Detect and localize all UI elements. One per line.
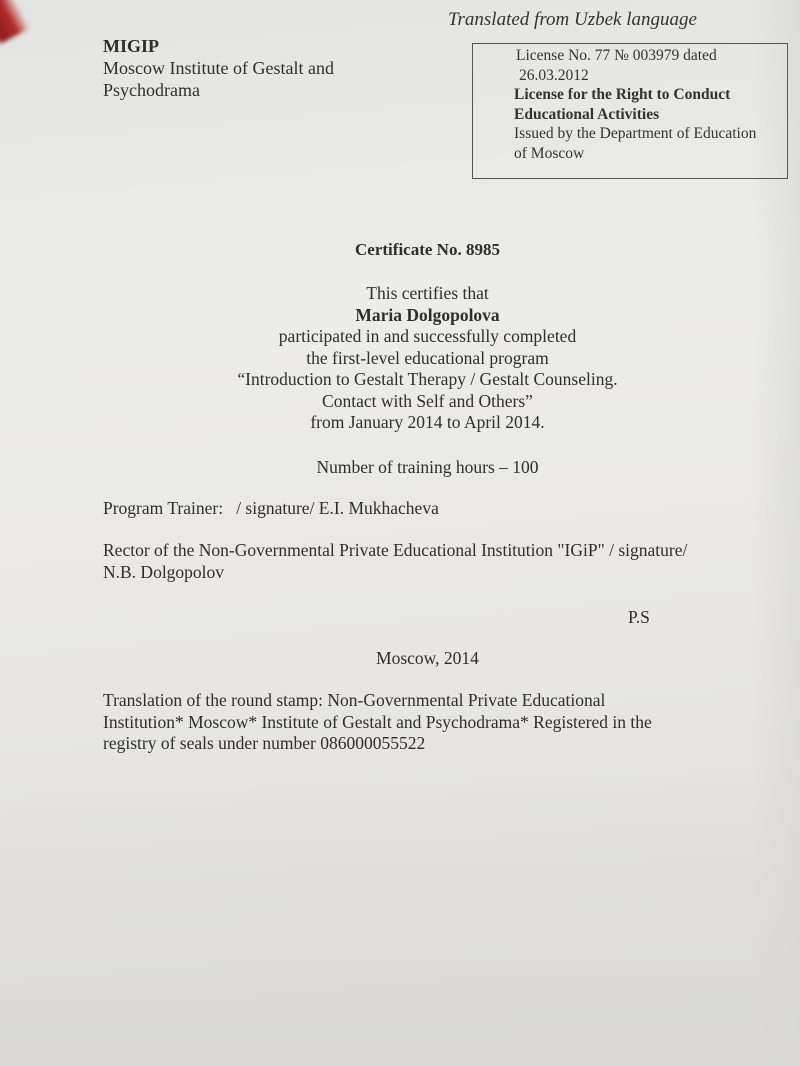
license-title-line2: Educational Activities: [514, 105, 787, 125]
stamp-line3: registry of seals under number 086000055…: [103, 733, 733, 755]
red-folder-edge: [0, 0, 30, 44]
organization-header: MIGIP Moscow Institute of Gestalt and Ps…: [103, 35, 334, 101]
translation-note: Translated from Uzbek language: [448, 9, 697, 31]
rector-line1: Rector of the Non-Governmental Private E…: [103, 540, 793, 562]
license-number: License No. 77 № 003979 dated: [516, 46, 787, 66]
stamp-translation: Translation of the round stamp: Non-Gove…: [103, 690, 733, 755]
stamp-line2: Institution* Moscow* Institute of Gestal…: [103, 712, 733, 734]
license-date: 26.03.2012: [516, 66, 787, 86]
program-period: from January 2014 to April 2014.: [0, 412, 800, 434]
license-box: License No. 77 № 003979 dated 26.03.2012…: [472, 43, 788, 179]
certificate-body: This certifies that Maria Dolgopolova pa…: [0, 283, 800, 434]
paper-shadow-bottom: [0, 766, 800, 1066]
completion-text: participated in and successfully complet…: [0, 326, 800, 348]
organization-name-line1: Moscow Institute of Gestalt and: [103, 57, 334, 79]
organization-acronym: MIGIP: [103, 35, 334, 57]
program-title-line1: “Introduction to Gestalt Therapy / Gesta…: [0, 369, 800, 391]
stamp-line1: Translation of the round stamp: Non-Gove…: [103, 690, 733, 712]
license-issuer-line2: of Moscow: [514, 144, 787, 164]
place-and-year: Moscow, 2014: [0, 648, 800, 669]
recipient-name: Maria Dolgopolova: [0, 305, 800, 327]
certifies-text: This certifies that: [0, 283, 800, 305]
organization-name-line2: Psychodrama: [103, 79, 334, 101]
certificate-number: Certificate No. 8985: [0, 240, 800, 260]
license-title-line1: License for the Right to Conduct: [514, 85, 787, 105]
program-title-line2: Contact with Self and Others”: [0, 391, 800, 413]
rector-signature-block: Rector of the Non-Governmental Private E…: [103, 540, 793, 583]
ps-note: P.S: [628, 607, 650, 628]
license-issuer-line1: Issued by the Department of Education: [514, 124, 787, 144]
rector-line2: N.B. Dolgopolov: [103, 562, 793, 584]
training-hours: Number of training hours – 100: [0, 457, 800, 478]
program-trainer: Program Trainer: / signature/ E.I. Mukha…: [103, 498, 439, 520]
program-level-text: the first-level educational program: [0, 348, 800, 370]
